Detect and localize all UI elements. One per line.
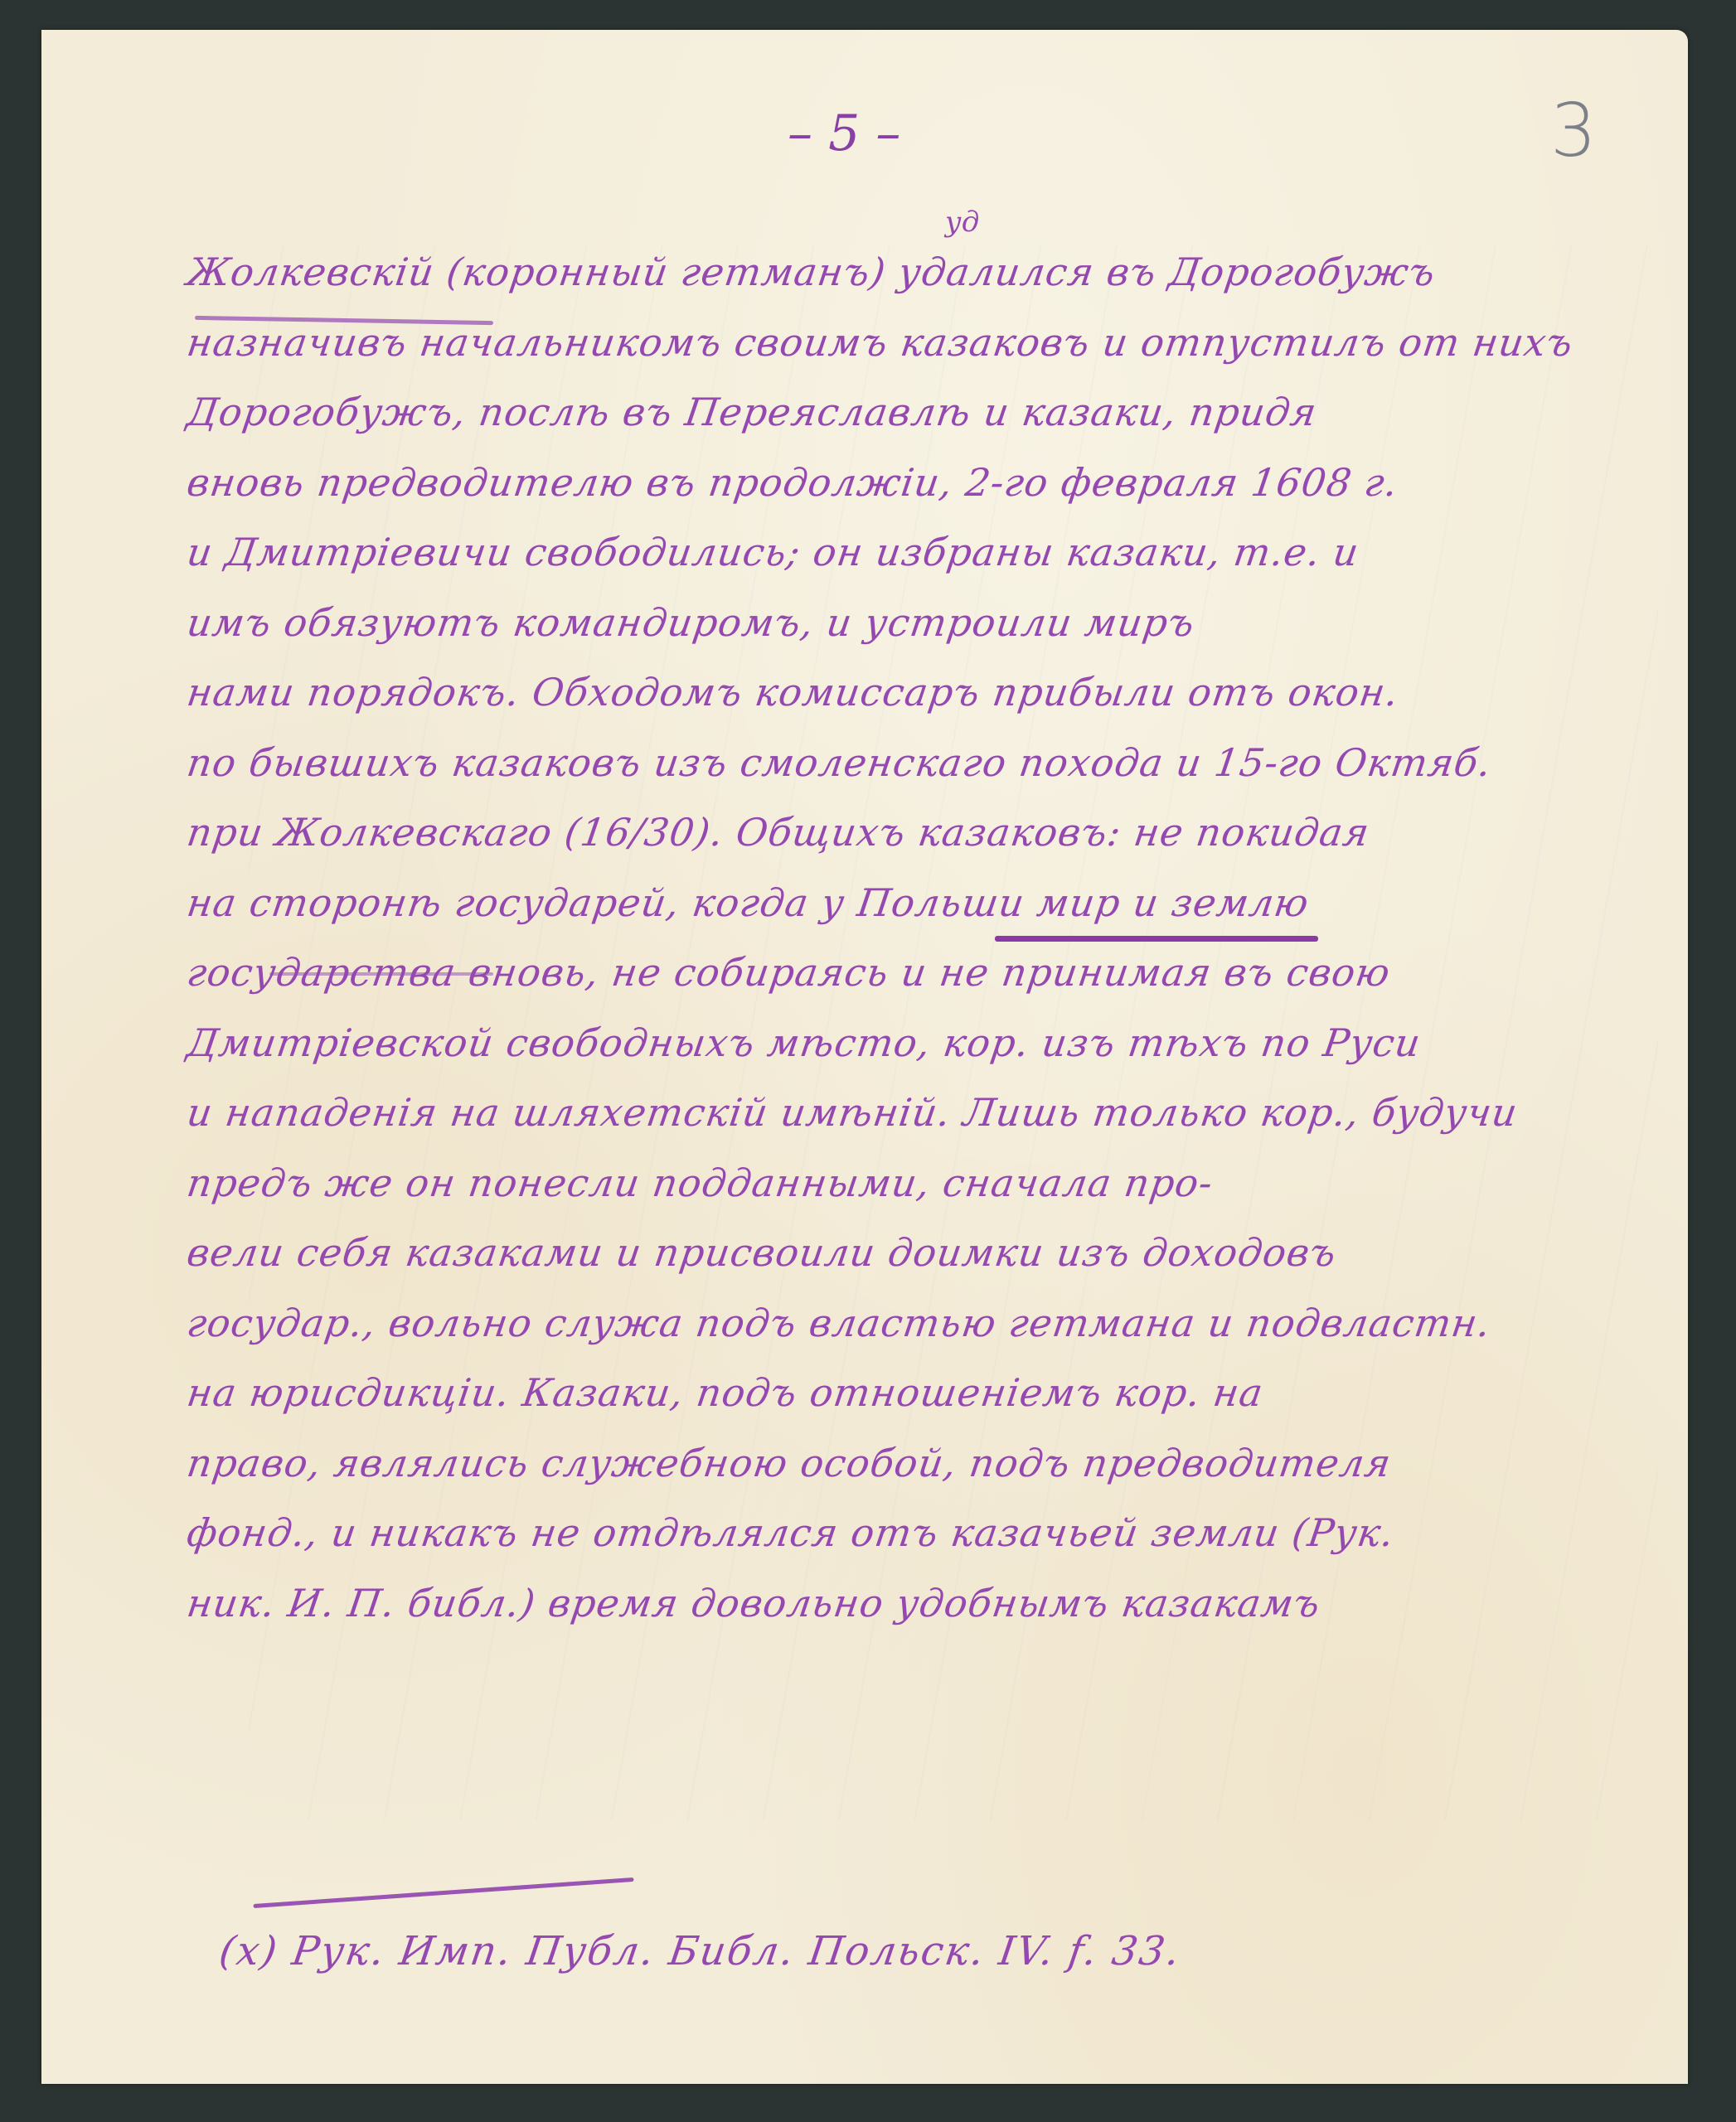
superscript-insertion: уд xyxy=(945,206,979,239)
text-line: Дмитріевской свободныхъ мѣсто, кор. изъ … xyxy=(182,1008,1668,1078)
text-line: право, являлись служебною особой, подъ п… xyxy=(182,1428,1668,1499)
text-line: при Жолкевскаго (16/30). Общихъ казаковъ… xyxy=(182,797,1668,868)
text-line: государства вновь, не собираясь и не при… xyxy=(182,937,1668,1008)
text-line: по бывшихъ казаковъ изъ смоленскаго похо… xyxy=(182,728,1668,798)
text-line: вновь предводителю въ продолжіи, 2-го фе… xyxy=(182,448,1668,518)
text-line: имъ обязуютъ командиромъ, и устроили мир… xyxy=(182,588,1668,658)
text-line: Жолкевскій (коронный гетманъ) удалился в… xyxy=(182,237,1668,308)
text-line: фонд., и никакъ не отдѣлялся отъ казачье… xyxy=(182,1498,1668,1568)
text-line: вели себя казаками и присвоили доимки из… xyxy=(182,1218,1668,1288)
text-line: государ., вольно служа подъ властью гетм… xyxy=(182,1288,1668,1359)
text-line: предъ же он понесли подданными, сначала … xyxy=(182,1148,1668,1218)
text-line: и нападенія на шляхетскій имѣній. Лишь т… xyxy=(182,1078,1668,1148)
page-number: – 5 – xyxy=(788,104,900,162)
handwritten-body: Жолкевскій (коронный гетманъ) удалился в… xyxy=(182,237,1658,1638)
text-line: нами порядокъ. Обходомъ комиссаръ прибыл… xyxy=(182,657,1668,728)
footnote-separator xyxy=(253,1877,633,1908)
text-line: на юрисдикціи. Казаки, подъ отношеніемъ … xyxy=(182,1358,1668,1428)
text-line: ник. И. П. библ.) время довольно удобным… xyxy=(182,1568,1668,1639)
text-line: назначивъ начальникомъ своимъ казаковъ и… xyxy=(182,308,1668,378)
footnote: (х) Рук. Имп. Публ. Библ. Польск. IV. f.… xyxy=(216,1928,1184,1974)
text-line: и Дмитріевичи свободились; он избраны ка… xyxy=(182,517,1668,588)
text-line: Дорогобужъ, послѣ въ Переяславлѣ и казак… xyxy=(182,377,1668,448)
folio-number: 3 xyxy=(1550,88,1597,173)
manuscript-page: 3 – 5 – уд Жолкевскій (коронный гетманъ)… xyxy=(41,30,1688,2084)
text-line: на сторонѣ государей, когда у Польши мир… xyxy=(182,868,1668,938)
